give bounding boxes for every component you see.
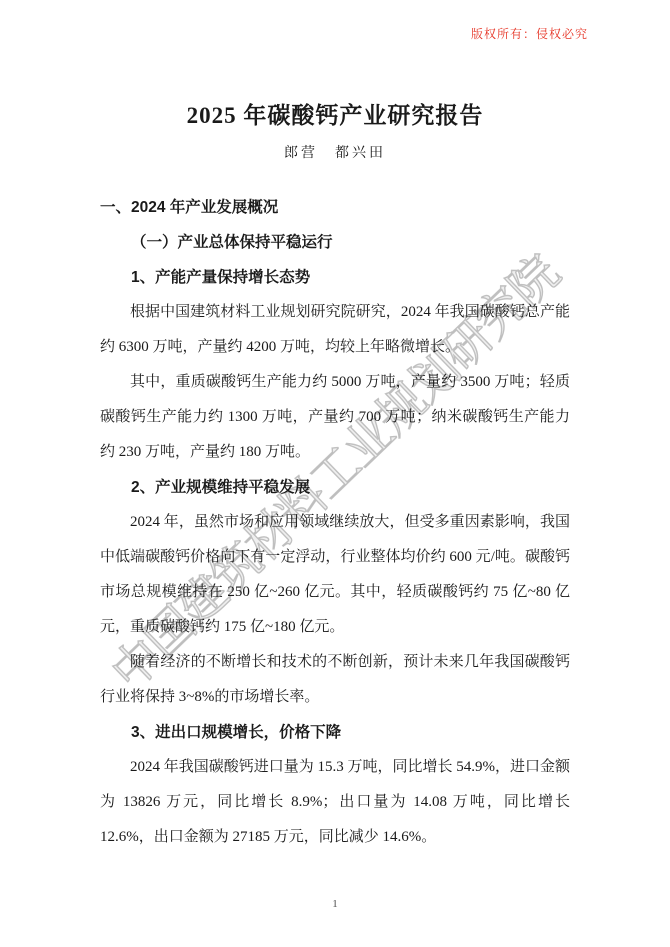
paragraph-5: 2024 年我国碳酸钙进口量为 15.3 万吨，同比增长 54.9%，进口金额为… [100, 750, 570, 855]
section-heading-1: 一、2024 年产业发展概况 [100, 190, 570, 225]
document-title: 2025 年碳酸钙产业研究报告 [0, 97, 670, 130]
authors-line: 郎营 都兴田 [0, 142, 670, 162]
copyright-notice: 版权所有：侵权必究 [471, 25, 588, 42]
numbered-heading-2: 2、产业规模维持平稳发展 [100, 470, 570, 505]
numbered-heading-3: 3、进出口规模增长，价格下降 [100, 715, 570, 750]
numbered-heading-1: 1、产能产量保持增长态势 [100, 260, 570, 295]
document-page: 版权所有：侵权必究 中国建筑材料工业规划研究院 2025 年碳酸钙产业研究报告 … [0, 0, 670, 947]
document-body: 一、2024 年产业发展概况 （一）产业总体保持平稳运行 1、产能产量保持增长态… [100, 190, 570, 855]
page-number: 1 [0, 898, 670, 910]
paragraph-1: 根据中国建筑材料工业规划研究院研究，2024 年我国碳酸钙总产能约 6300 万… [100, 295, 570, 365]
subsection-heading-1-1: （一）产业总体保持平稳运行 [100, 225, 570, 260]
paragraph-4: 随着经济的不断增长和技术的不断创新，预计未来几年我国碳酸钙行业将保持 3~8%的… [100, 645, 570, 715]
paragraph-3: 2024 年，虽然市场和应用领域继续放大，但受多重因素影响，我国中低端碳酸钙价格… [100, 505, 570, 645]
paragraph-2: 其中，重质碳酸钙生产能力约 5000 万吨，产量约 3500 万吨；轻质碳酸钙生… [100, 365, 570, 470]
